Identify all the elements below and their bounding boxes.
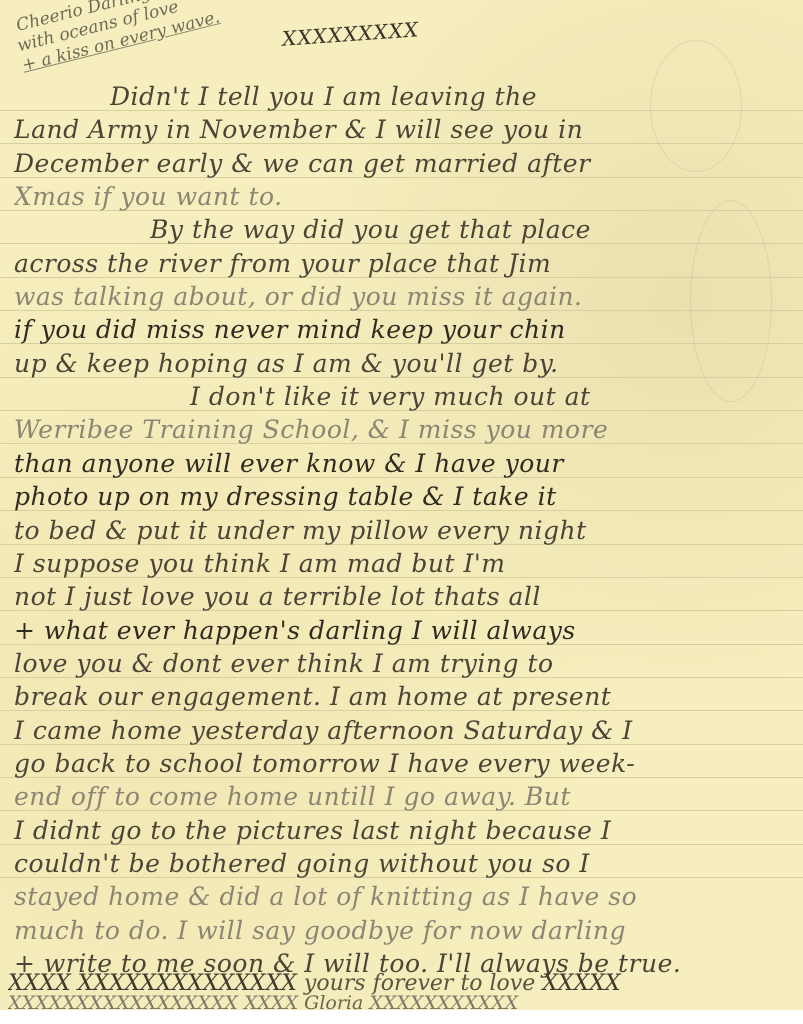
body-line: go back to school tomorrow I have every … bbox=[14, 749, 790, 779]
body-line: Land Army in November & I will see you i… bbox=[14, 115, 790, 145]
body-line: stayed home & did a lot of knitting as I… bbox=[14, 882, 790, 912]
body-line: end off to come home untill I go away. B… bbox=[14, 782, 790, 812]
body-line: across the river from your place that Ji… bbox=[14, 249, 790, 279]
signature-kisses-right: XXXXXXXXXXX bbox=[369, 993, 518, 1013]
body-line: to bed & put it under my pillow every ni… bbox=[14, 516, 790, 546]
body-line: Werribee Training School, & I miss you m… bbox=[14, 415, 790, 445]
body-line: break our engagement. I am home at prese… bbox=[14, 682, 790, 712]
top-kisses: XXXXXXXXX bbox=[281, 17, 419, 51]
body-line: I don't like it very much out at bbox=[190, 382, 790, 412]
signature-name: Gloria bbox=[304, 993, 363, 1013]
body-line: I suppose you think I am mad but I'm bbox=[14, 549, 790, 579]
body-line: I came home yesterday afternoon Saturday… bbox=[14, 716, 790, 746]
body-line: if you did miss never mind keep your chi… bbox=[14, 315, 790, 345]
letter-page: Cheerio Darling with oceans of love + a … bbox=[0, 0, 803, 1010]
body-line: By the way did you get that place bbox=[150, 215, 790, 245]
signature-kisses-left: XXXXXXXXXXXXXXXXX XXXX bbox=[8, 993, 298, 1013]
body-line: up & keep hoping as I am & you'll get by… bbox=[14, 349, 790, 379]
body-line: Didn't I tell you I am leaving the bbox=[110, 82, 790, 112]
signature-line: XXXXXXXXXXXXXXXXX XXXX Gloria XXXXXXXXXX… bbox=[8, 993, 803, 1013]
body-line: than anyone will ever know & I have your bbox=[14, 449, 790, 479]
postscript-note: Cheerio Darling with oceans of love + a … bbox=[6, 0, 316, 76]
body-line: was talking about, or did you miss it ag… bbox=[14, 282, 790, 312]
body-line: much to do. I will say goodbye for now d… bbox=[14, 916, 790, 946]
body-line: photo up on my dressing table & I take i… bbox=[14, 482, 790, 512]
body-line: December early & we can get married afte… bbox=[14, 149, 790, 179]
body-line: not I just love you a terrible lot thats… bbox=[14, 582, 790, 612]
body-line: couldn't be bothered going without you s… bbox=[14, 849, 790, 879]
body-line: Xmas if you want to. bbox=[14, 182, 790, 212]
body-line: love you & dont ever think I am trying t… bbox=[14, 649, 790, 679]
body-line: I didnt go to the pictures last night be… bbox=[14, 816, 790, 846]
body-line: + what ever happen's darling I will alwa… bbox=[14, 616, 790, 646]
